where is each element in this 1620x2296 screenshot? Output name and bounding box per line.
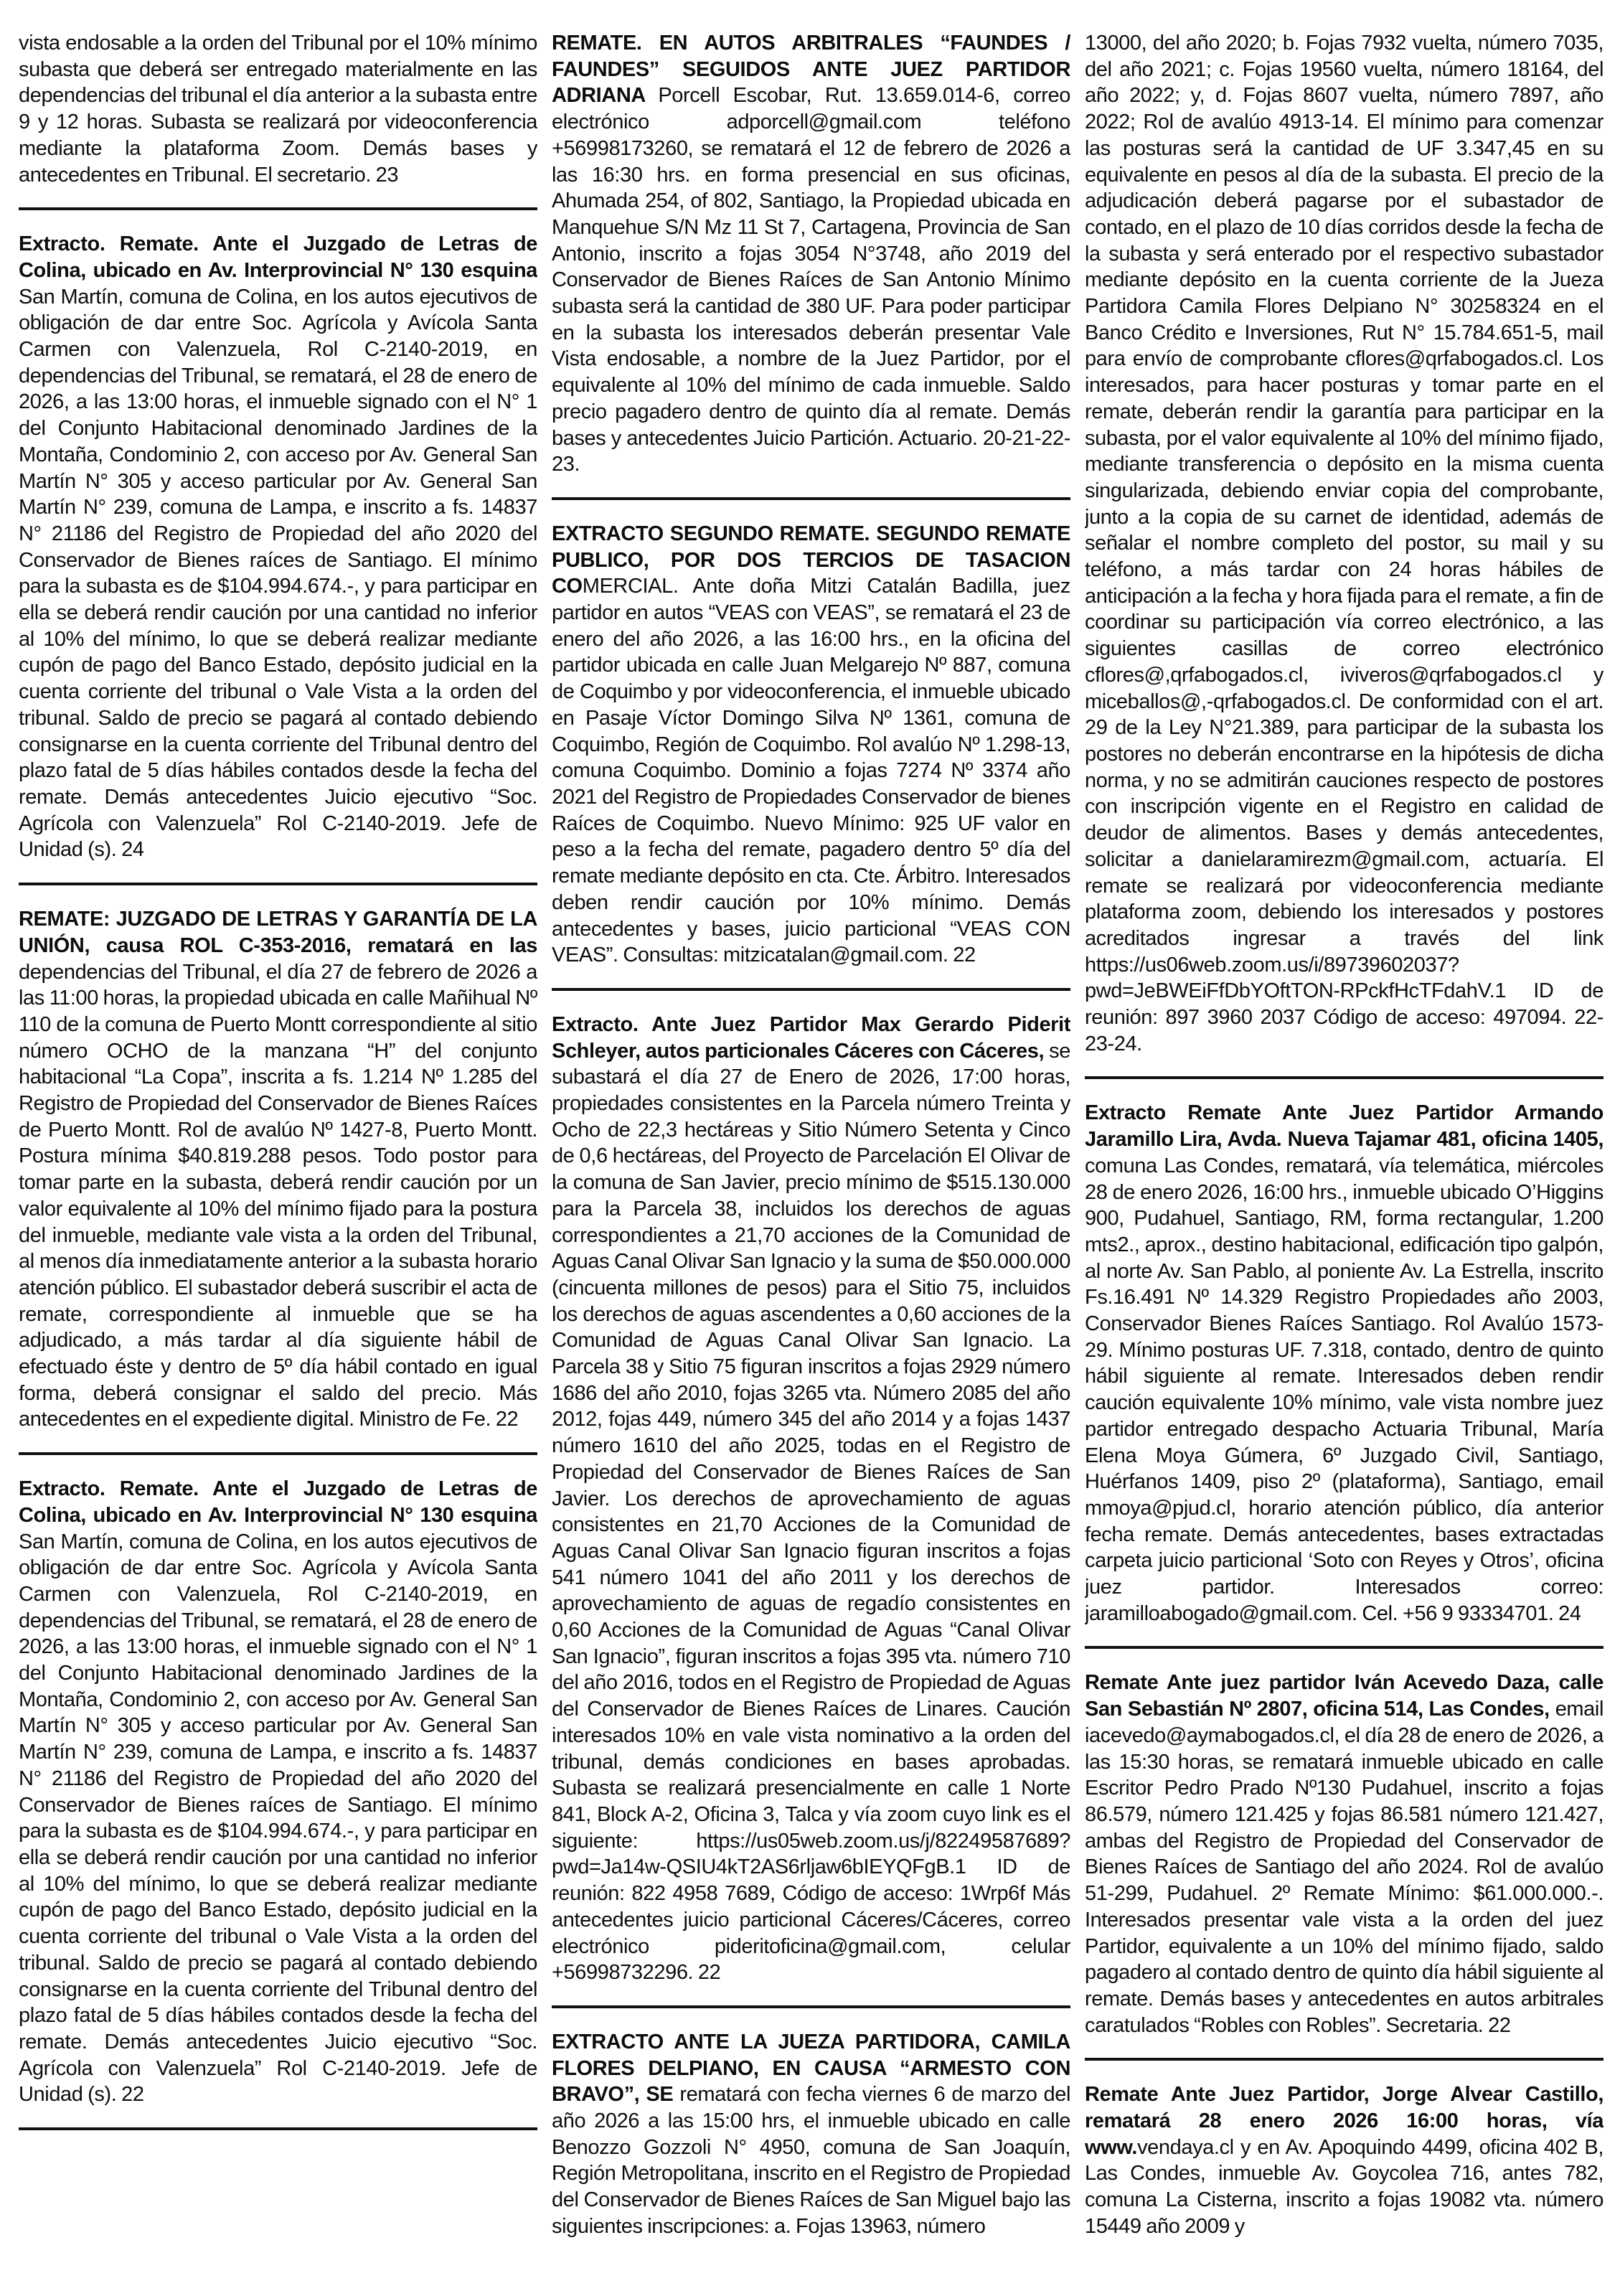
notice-separator [552, 497, 1070, 500]
notice-separator [19, 207, 537, 210]
notice-colina-rol-c-2140-2019-a: Extracto. Remate. Ante el Juzgado de Let… [19, 231, 537, 863]
notice-separator [1085, 1646, 1603, 1649]
notice-separator [19, 2127, 537, 2130]
notice-caceres-con-caceres: Extracto. Ante Juez Partidor Max Gerardo… [552, 1012, 1070, 1986]
notice-separator [1085, 2058, 1603, 2061]
notice-separator [19, 883, 537, 885]
notice-faundes-faundes: REMATE. EN AUTOS ARBITRALES “FAUNDES / F… [552, 30, 1070, 478]
notice-body-text: vista endosable a la orden del Tribunal … [19, 32, 537, 187]
notice-body-text: vendaya.cl y en Av. Apoquindo 4499, ofic… [1085, 2136, 1603, 2238]
notice-body-text: rematará con fecha viernes 6 de marzo de… [552, 2083, 1070, 2238]
notice-body-text: Porcell Escobar, Rut. 13.659.014-6, corr… [552, 84, 1070, 476]
notice-armesto-con-bravo-continuation: 13000, del año 2020; b. Fojas 7932 vuelt… [1085, 30, 1603, 1057]
notice-body-text: comuna Las Condes, rematará, vía telemát… [1085, 1154, 1603, 1625]
notice-column-1: vista endosable a la orden del Tribunal … [19, 30, 537, 2296]
notice-heading-text: Extracto Remate Ante Juez Partidor Arman… [1085, 1101, 1603, 1151]
notice-heading-text: Extracto. Remate. Ante el Juzgado de Let… [19, 1477, 537, 1527]
notice-separator [552, 988, 1070, 991]
notice-veas-con-veas: EXTRACTO SEGUNDO REMATE. SEGUNDO REMATE … [552, 521, 1070, 969]
notice-body-text: MERCIAL. Ante doña Mitzi Catalán Badilla… [552, 575, 1070, 966]
notice-column-2: REMATE. EN AUTOS ARBITRALES “FAUNDES / F… [552, 30, 1070, 2296]
notice-heading-text: Extracto. Ante Juez Partidor Max Gerardo… [552, 1013, 1070, 1063]
notice-colina-rol-c-2140-2019-b: Extracto. Remate. Ante el Juzgado de Let… [19, 1476, 537, 2108]
notice-continuation-secretario: vista endosable a la orden del Tribunal … [19, 30, 537, 188]
notice-body-text: 13000, del año 2020; b. Fojas 7932 vuelt… [1085, 32, 1603, 1055]
notice-robles-con-robles: Remate Ante juez partidor Iván Acevedo D… [1085, 1670, 1603, 2038]
notice-body-text: email iacevedo@aymabogados.cl, el día 28… [1085, 1698, 1603, 2036]
legal-notices-page: vista endosable a la orden del Tribunal … [0, 0, 1620, 2296]
notice-heading-text: Extracto. Remate. Ante el Juzgado de Let… [19, 232, 537, 282]
notice-la-union-rol-c-353-2016: REMATE: JUZGADO DE LETRAS Y GARANTÍA DE … [19, 906, 537, 1433]
notice-heading-text: REMATE: JUZGADO DE LETRAS Y GARANTÍA DE … [19, 908, 537, 957]
notice-body-text: San Martín, comuna de Colina, en los aut… [19, 286, 537, 862]
notice-alvear-vendaya: Remate Ante Juez Partidor, Jorge Alvear … [1085, 2081, 1603, 2239]
notice-heading-text: Remate Ante juez partidor Iván Acevedo D… [1085, 1671, 1603, 1721]
notice-column-3: 13000, del año 2020; b. Fojas 7932 vuelt… [1085, 30, 1603, 2296]
notice-body-text: se subastará el día 27 de Enero de 2026,… [552, 1040, 1070, 1985]
notice-separator [1085, 1076, 1603, 1079]
notice-body-text: San Martín, comuna de Colina, en los aut… [19, 1530, 537, 2107]
notice-columns: vista endosable a la orden del Tribunal … [19, 30, 1603, 2296]
notice-separator [19, 1452, 537, 1455]
notice-soto-con-reyes-jaramillo: Extracto Remate Ante Juez Partidor Arman… [1085, 1100, 1603, 1627]
notice-separator [552, 2005, 1070, 2008]
notice-armesto-con-bravo: EXTRACTO ANTE LA JUEZA PARTIDORA, CAMILA… [552, 2029, 1070, 2240]
notice-body-text: dependencias del Tribunal, el día 27 de … [19, 961, 537, 1431]
